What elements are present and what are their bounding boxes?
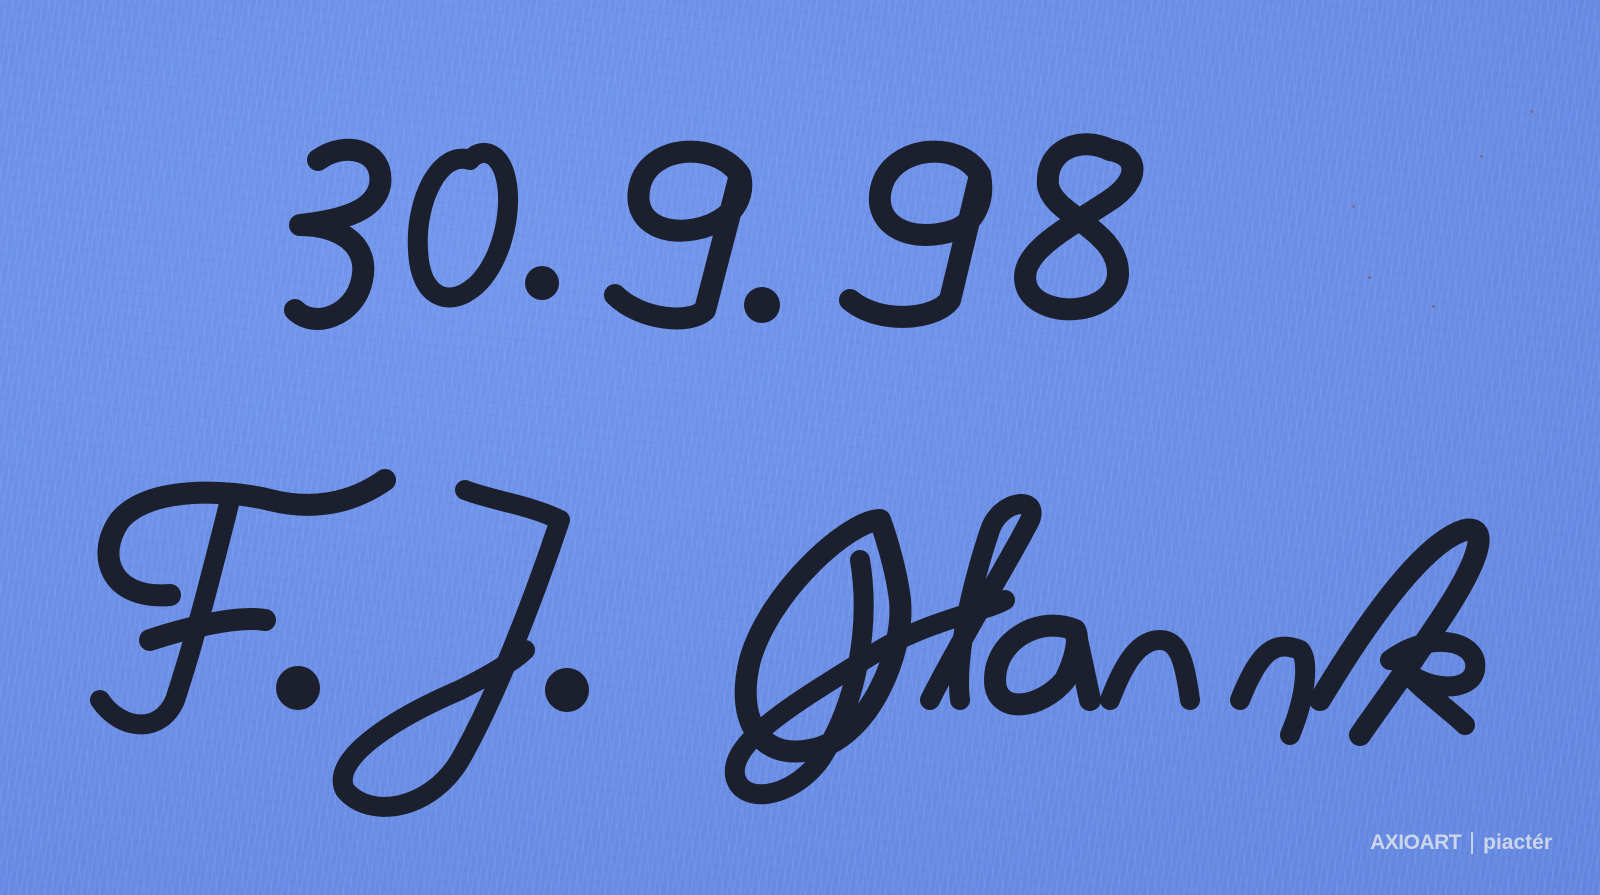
watermark-brand: AXIOART (1370, 831, 1461, 855)
watermark-sub: piactér (1483, 831, 1552, 855)
watermark: AXIOART piactér (1370, 831, 1552, 855)
watermark-separator (1471, 832, 1473, 854)
signature-strokes (0, 0, 1600, 895)
